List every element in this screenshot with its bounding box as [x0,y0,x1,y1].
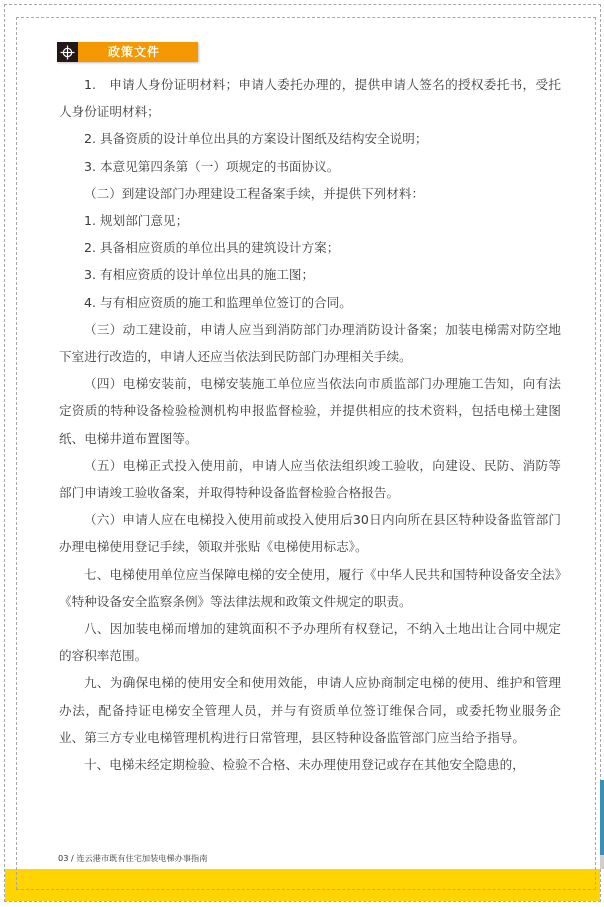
paragraph: （二）到建设部门办理建设工程备案手续，并提供下列材料： [59,180,561,207]
side-scroll-strip [600,780,604,855]
paragraph: 3. 有相应资质的设计单位出具的施工图； [59,261,561,288]
paragraph: 八、因加装电梯而增加的建筑面积不予办理所有权登记，不纳入土地出让合同中规定的容积… [59,615,561,669]
document-body: 1. 申请人身份证明材料；申请人委托办理的，提供申请人签名的授权委托书，受托人身… [59,71,561,778]
paragraph: 2. 具备相应资质的单位出具的建筑设计方案； [59,234,561,261]
paragraph: （六）申请人应在电梯投入使用前或投入使用后30日内向所在县区特种设备监管部门办理… [59,506,561,560]
section-title: 政策文件 [78,42,198,62]
paragraph: 1. 规划部门意见； [59,207,561,234]
footer-color-band [5,869,600,901]
crosshair-icon [57,42,78,62]
paragraph: （三）动工建设前，申请人应当到消防部门办理消防设计备案；加装电梯需对防空地下室进… [59,316,561,370]
section-badge: 政策文件 [57,42,198,62]
paragraph: 十、电梯未经定期检验、检验不合格、未办理使用登记或存在其他安全隐患的， [59,751,561,778]
paragraph: 4. 与有相应资质的施工和监理单位签订的合同。 [59,289,561,316]
paragraph: 1. 申请人身份证明材料；申请人委托办理的，提供申请人签名的授权委托书，受托人身… [59,71,561,125]
paragraph: （五）电梯正式投入使用前，申请人应当依法组织竣工验收，向建设、民防、消防等部门申… [59,452,561,506]
side-strip-end [600,855,604,869]
paragraph: 七、电梯使用单位应当保障电梯的安全使用，履行《中华人民共和国特种设备安全法》《特… [59,561,561,615]
paragraph: （四）电梯安装前，电梯安装施工单位应当依法向市质监部门办理施工告知，向有法定资质… [59,370,561,452]
paragraph: 九、为确保电梯的使用安全和使用效能，申请人应协商制定电梯的使用、维护和管理办法，… [59,669,561,751]
paragraph: 3. 本意见第四条第（一）项规定的书面协议。 [59,153,561,180]
paragraph: 2. 具备资质的设计单位出具的方案设计图纸及结构安全说明； [59,125,561,152]
page-footer-label: 03 / 连云港市既有住宅加装电梯办事指南 [58,853,207,864]
